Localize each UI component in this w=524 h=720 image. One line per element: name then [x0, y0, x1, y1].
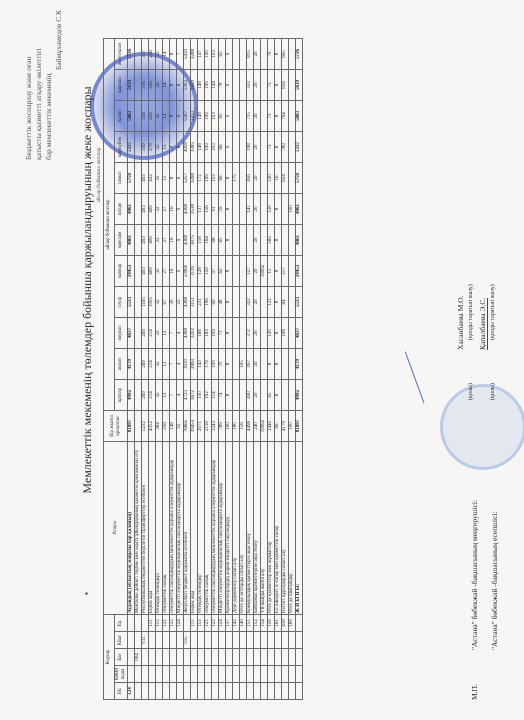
- header-year: Бір жылға арналған: [104, 411, 128, 442]
- cell-month: 9: [177, 256, 184, 287]
- cell-name: Әлеуметтік сақтандырудың мемлекеттік қор…: [170, 442, 177, 615]
- cell-kbag: 011: [142, 632, 149, 649]
- cell-month: 5619: [296, 70, 303, 101]
- cell-kbag: 015: [184, 632, 191, 649]
- cell-month: 7: [170, 349, 177, 380]
- cell-month: 20: [254, 256, 261, 287]
- cell-kbmm: [163, 666, 170, 683]
- cell-month: 3910: [184, 349, 191, 380]
- cell-kbag: [135, 632, 142, 649]
- cell-year: 256: [163, 411, 170, 442]
- cell-kbmm: [219, 666, 226, 683]
- cell-month: 65: [219, 225, 226, 256]
- cell-month: 20: [254, 39, 261, 70]
- cell-kbag: [289, 632, 296, 649]
- cell-month: [289, 101, 296, 132]
- cell-bag: [149, 649, 156, 666]
- accountant-name: Қапалбаева Э.С.: [478, 298, 488, 350]
- cell-month: 199: [205, 163, 212, 194]
- cell-er: 152: [254, 615, 261, 632]
- cell-month: 20: [254, 101, 261, 132]
- cell-month: [261, 194, 268, 225]
- cell-month: [261, 163, 268, 194]
- cell-month: 4179: [128, 349, 135, 380]
- cell-month: 114: [212, 380, 219, 411]
- table-row: 122Әлеуметтік сақтандырудың мемлекеттік …: [170, 39, 177, 700]
- cell-month: 5736: [296, 39, 303, 70]
- cell-month: [233, 132, 240, 163]
- cell-er: 159: [268, 615, 275, 632]
- cell-month: 78: [219, 70, 226, 101]
- cell-month: 5303: [184, 70, 191, 101]
- cell-month: 32: [156, 194, 163, 225]
- cell-month: 5750: [128, 163, 135, 194]
- cell-month: [240, 318, 247, 349]
- cell-month: 196: [205, 287, 212, 318]
- cell-month: 8: [268, 349, 275, 380]
- cell-month: [135, 101, 142, 132]
- cell-month: [233, 380, 240, 411]
- cell-month: 70: [268, 39, 275, 70]
- cell-month: 32: [156, 318, 163, 349]
- cell-fg: [142, 683, 149, 700]
- table-row: 113Өтемдік төлемдері38432323232323232323…: [156, 39, 163, 700]
- cell-name: Байланыс қызметтеріне ақы төлеу: [254, 442, 261, 615]
- cell-kbmm: [142, 666, 149, 683]
- cell-month: 8: [226, 318, 233, 349]
- cell-name: Міндетті әлеуметтік медициналық сақтанды…: [219, 442, 226, 615]
- cell-month: 148: [198, 101, 205, 132]
- cell-month: 214: [149, 349, 156, 380]
- header-month: қараша: [115, 70, 128, 101]
- cell-month: 4: [177, 380, 184, 411]
- cell-month: 65: [219, 39, 226, 70]
- cell-month: 432: [149, 163, 156, 194]
- cell-kbag: [219, 632, 226, 649]
- cell-month: 199: [205, 132, 212, 163]
- cell-bag: [198, 649, 205, 666]
- cell-month: 23960: [184, 256, 191, 287]
- cell-name: Өзге де қызметтер мен жұмыстар: [268, 442, 275, 615]
- cell-month: 8: [275, 318, 282, 349]
- cell-fg: [268, 683, 275, 700]
- cell-year: 240: [254, 411, 261, 442]
- cell-month: 2863: [191, 349, 198, 380]
- cell-month: 120: [268, 194, 275, 225]
- cell-month: [289, 287, 296, 318]
- cell-er: 124: [219, 615, 226, 632]
- cell-month: 103: [212, 132, 219, 163]
- cell-month: 3288: [191, 39, 198, 70]
- cell-kbag: [247, 632, 254, 649]
- head-name-caption: (қолды таратып жазу): [468, 284, 474, 340]
- cell-fg: [296, 683, 303, 700]
- cell-month: 8: [275, 39, 282, 70]
- cell-month: 16: [275, 163, 282, 194]
- cell-bag: [261, 649, 268, 666]
- cell-month: 175: [233, 163, 240, 194]
- cell-month: [289, 163, 296, 194]
- cell-bag: [282, 649, 289, 666]
- cell-month: 4368: [184, 225, 191, 256]
- cell-month: 144: [212, 70, 219, 101]
- cell-month: 3433: [191, 101, 198, 132]
- cell-month: [261, 318, 268, 349]
- cell-fg: [233, 683, 240, 700]
- cell-name: Мектепке дейінгі тәрбие мен оқыту ұйымда…: [135, 442, 142, 615]
- approval-line: Бюджеттік жоспарлау және оған: [24, 10, 34, 160]
- cell-month: 5419: [184, 39, 191, 70]
- table-row: 004Мектепке дейінгі тәрбие мен оқыту ұйы…: [135, 39, 142, 700]
- financing-plan-table: Кодтар Атауы Бір жылға арналған айлар бо…: [103, 38, 303, 700]
- cell-kbag: [205, 632, 212, 649]
- cell-fg: [240, 683, 247, 700]
- cell-month: 7: [170, 380, 177, 411]
- cell-year: [135, 411, 142, 442]
- cell-month: [240, 132, 247, 163]
- cell-month: 32: [156, 39, 163, 70]
- cell-month: 3433: [191, 70, 198, 101]
- cell-fg: [163, 683, 170, 700]
- cell-month: [233, 225, 240, 256]
- table-row: 161Ел ішіндегі іс-сапар мен қызметтік са…: [275, 39, 282, 700]
- table-subtitle: айлар бойынша жоспар: [96, 50, 102, 300]
- cell-month: 8: [275, 287, 282, 318]
- cell-month: 256: [149, 70, 156, 101]
- cell-name: Өтемдік төлемдер: [198, 442, 205, 615]
- table-row: 149Өзге де заттарды сатып алу156105: [240, 39, 247, 700]
- cell-kbmm: [128, 666, 135, 683]
- cell-month: [240, 287, 247, 318]
- cell-year: 2071: [198, 411, 205, 442]
- cell-month: 121: [268, 287, 275, 318]
- cell-bag: [212, 649, 219, 666]
- cell-bag: [156, 649, 163, 666]
- cell-year: 148: [170, 411, 177, 442]
- cell-month: 84: [282, 287, 289, 318]
- cell-month: 168: [198, 318, 205, 349]
- cell-month: 70: [219, 349, 226, 380]
- cell-fg: [219, 683, 226, 700]
- cell-er: 122: [212, 615, 219, 632]
- cell-year: 789: [219, 411, 226, 442]
- cell-kbmm: [233, 666, 240, 683]
- cell-month: 8: [275, 194, 282, 225]
- cell-fg: [184, 683, 191, 700]
- header-month: маусым: [115, 225, 128, 256]
- cell-month: 199: [205, 101, 212, 132]
- cell-month: 8: [226, 163, 233, 194]
- cell-kbag: [212, 632, 219, 649]
- cell-month: 256: [149, 101, 156, 132]
- cell-month: 695: [282, 39, 289, 70]
- cell-month: 12: [163, 349, 170, 380]
- cell-month: 148: [198, 70, 205, 101]
- cell-month: 214: [149, 380, 156, 411]
- cell-name: Қызметкерлердің жария міндетті сақтандыр…: [226, 442, 233, 615]
- cell-month: 137: [198, 194, 205, 225]
- cell-year: 1243: [212, 411, 219, 442]
- table-row: 011Республикалық бюджеттен берілетін тра…: [142, 39, 149, 700]
- cell-month: 108: [282, 318, 289, 349]
- cell-bag: [142, 649, 149, 666]
- cell-month: 5533: [296, 287, 303, 318]
- cell-month: 158: [198, 225, 205, 256]
- cell-month: [289, 39, 296, 70]
- cell-month: 3538: [191, 194, 198, 225]
- cell-year: 5232: [142, 411, 149, 442]
- cell-month: 269: [142, 318, 149, 349]
- cell-month: 20: [254, 349, 261, 380]
- cell-month: 339: [142, 132, 149, 163]
- cell-month: 14: [163, 70, 170, 101]
- cell-month: [135, 349, 142, 380]
- head-sign-caption: (қолы): [468, 383, 474, 400]
- cell-month: 20: [254, 132, 261, 163]
- cell-month: [261, 380, 268, 411]
- cell-month: [261, 349, 268, 380]
- cell-name: Жергілікті бюджет қаражаты есебінен: [184, 442, 191, 615]
- cell-month: 1005: [149, 287, 156, 318]
- cell-month: 9: [226, 132, 233, 163]
- table-row: 142Дәрі-дәрмектер сатып алу180175: [233, 39, 240, 700]
- cell-month: 109: [212, 318, 219, 349]
- cell-er: 121: [163, 615, 170, 632]
- cell-month: [135, 70, 142, 101]
- cell-kbmm: [212, 666, 219, 683]
- cell-month: 20: [254, 380, 261, 411]
- cell-month: 172: [198, 163, 205, 194]
- cell-name: Еңбек ақы: [191, 442, 198, 615]
- cell-fg: [149, 683, 156, 700]
- cell-month: 15: [268, 256, 275, 287]
- cell-month: 8: [226, 349, 233, 380]
- cell-month: 5337: [128, 132, 135, 163]
- cell-month: 148: [198, 132, 205, 163]
- cell-month: [261, 101, 268, 132]
- cell-month: 73: [268, 132, 275, 163]
- cell-month: 8: [275, 380, 282, 411]
- cell-month: 372: [247, 318, 254, 349]
- cell-month: 150: [198, 380, 205, 411]
- cell-month: 9: [177, 225, 184, 256]
- cell-month: 198: [247, 132, 254, 163]
- cell-month: 8: [226, 287, 233, 318]
- cell-month: 100: [289, 194, 296, 225]
- cell-fg: [289, 683, 296, 700]
- cell-er: 113: [156, 615, 163, 632]
- cell-bag: [205, 649, 212, 666]
- cell-year: 92: [177, 411, 184, 442]
- cell-month: 4637: [128, 318, 135, 349]
- cell-month: [261, 39, 268, 70]
- cell-bag: [275, 649, 282, 666]
- cell-month: 4: [177, 349, 184, 380]
- cell-bag: [184, 649, 191, 666]
- cell-month: 16: [170, 256, 177, 287]
- header-kbag: КБағ: [115, 632, 128, 649]
- cell-fg: [170, 683, 177, 700]
- cell-month: 9: [226, 70, 233, 101]
- header-month: шілде: [115, 194, 128, 225]
- cell-year: 4496: [247, 411, 254, 442]
- cell-month: 493: [142, 194, 149, 225]
- cell-month: 98: [212, 225, 219, 256]
- cell-month: 120: [268, 163, 275, 194]
- cell-er: [128, 615, 135, 632]
- cell-month: [233, 318, 240, 349]
- cell-month: 4992: [128, 380, 135, 411]
- cell-month: 6: [177, 163, 184, 194]
- cell-kbag: [254, 632, 261, 649]
- accountant-label: "Астана" бөбекжай -бақшасының есепшісі:: [490, 511, 499, 650]
- cell-er: 154: [261, 615, 268, 632]
- cell-month: [282, 380, 289, 411]
- cell-fg: [275, 683, 282, 700]
- cell-name: Әлеуметтік салық: [205, 442, 212, 615]
- cell-month: 20: [254, 318, 261, 349]
- cell-name: Коммуналдық қызметтерге ақы төлеу: [247, 442, 254, 615]
- cell-month: 9: [226, 39, 233, 70]
- cell-er: [184, 615, 191, 632]
- cell-month: 3075: [191, 225, 198, 256]
- cell-month: 164: [205, 225, 212, 256]
- cell-year: 4352: [149, 411, 156, 442]
- cell-month: 12: [163, 380, 170, 411]
- head-name: Хасанбаева М.О.: [456, 296, 465, 350]
- cell-kbag: [282, 632, 289, 649]
- cell-kbmm: [184, 666, 191, 683]
- cell-fg: [135, 683, 142, 700]
- cell-er: 142: [233, 615, 240, 632]
- header-name: Атауы: [104, 442, 128, 615]
- cell-month: 32: [156, 380, 163, 411]
- cell-kbmm: [170, 666, 177, 683]
- table-row: 111Еңбек ақы3945336722863320231513119307…: [191, 39, 198, 700]
- cell-er: 113: [198, 615, 205, 632]
- cell-year: 81897: [128, 411, 135, 442]
- cell-kbag: [128, 632, 135, 649]
- cell-month: 409: [149, 225, 156, 256]
- cell-month: 4: [177, 318, 184, 349]
- cell-month: 316: [142, 70, 149, 101]
- header-month: мамыр: [115, 256, 128, 287]
- cell-fg: [205, 683, 212, 700]
- cell-kbmm: [268, 666, 275, 683]
- cell-month: 103: [212, 39, 219, 70]
- cell-name: Ж И Ы Н Ы:: [296, 442, 303, 615]
- cell-month: [240, 39, 247, 70]
- cell-er: [135, 615, 142, 632]
- cell-month: 39: [170, 287, 177, 318]
- cell-month: 789: [282, 132, 289, 163]
- cell-month: 73: [268, 101, 275, 132]
- cell-month: 794: [282, 101, 289, 132]
- cell-month: 9: [177, 194, 184, 225]
- table-row: 137Қызметкерлердің жария міндетті сақтан…: [226, 39, 233, 700]
- cell-er: [142, 615, 149, 632]
- cell-kbag: [296, 632, 303, 649]
- cell-month: 14: [163, 39, 170, 70]
- cell-month: 5736: [128, 39, 135, 70]
- table-row: 124Міндетті әлеуметтік медициналық сақта…: [177, 39, 184, 700]
- cell-kbmm: [226, 666, 233, 683]
- table-row: 122Әлеуметтік сақтандырудың мемлекеттік …: [212, 39, 219, 700]
- cell-month: 27: [163, 194, 170, 225]
- cell-month: [289, 70, 296, 101]
- cell-er: 137: [226, 615, 233, 632]
- cell-month: 582: [268, 225, 275, 256]
- cell-month: 4637: [296, 318, 303, 349]
- cell-name: Республикалық бюджеттен берілетін трансф…: [142, 442, 149, 615]
- cell-month: 8: [170, 101, 177, 132]
- cell-month: 8: [275, 225, 282, 256]
- header-bag: Бағ: [115, 649, 128, 666]
- cell-er: 149: [240, 615, 247, 632]
- cell-month: 67: [163, 287, 170, 318]
- cell-name: Негізгі құралдарды сатып алу: [282, 442, 289, 615]
- cell-kbmm: [149, 666, 156, 683]
- cell-month: 715: [247, 101, 254, 132]
- cell-month: 493: [142, 163, 149, 194]
- cell-month: [233, 101, 240, 132]
- cell-bag: [289, 649, 296, 666]
- cell-month: 20: [254, 225, 261, 256]
- cell-month: 48: [219, 287, 226, 318]
- cell-month: 8: [226, 194, 233, 225]
- cell-name: Үй-жайды жалға алу: [261, 442, 268, 615]
- accountant-name-caption: (қолды таратып жазу): [490, 284, 496, 340]
- cell-month: 430: [247, 380, 254, 411]
- table-row: 169Өзге де шығындар100100: [289, 39, 296, 700]
- cell-name: Әлеуметтік сақтандырудың мемлекеттік қор…: [212, 442, 219, 615]
- mark: ▪: [82, 592, 91, 595]
- cell-bag: [177, 649, 184, 666]
- cell-month: 74: [219, 380, 226, 411]
- cell-month: 32: [156, 225, 163, 256]
- cell-year: 2130: [205, 411, 212, 442]
- cell-bag: [170, 649, 177, 666]
- approval-line: қатысты қызметті атқару өкілеттігі: [34, 10, 44, 160]
- cell-month: 8: [275, 70, 282, 101]
- cell-month: 12: [163, 318, 170, 349]
- cell-month: [289, 132, 296, 163]
- cell-month: [233, 70, 240, 101]
- cell-month: 16: [170, 225, 177, 256]
- cell-month: [233, 349, 240, 380]
- cell-name: Өтемдік төлемдері: [156, 442, 163, 615]
- cell-month: [261, 225, 268, 256]
- cell-month: 8: [226, 380, 233, 411]
- cell-month: 66: [219, 132, 226, 163]
- cell-month: 27: [163, 225, 170, 256]
- header-month: қыркүйек: [115, 132, 128, 163]
- header-months-group: айлар бойынша жоспар: [104, 39, 115, 411]
- cell-kbag: [240, 632, 247, 649]
- cell-name: Әлеуметтік салық: [163, 442, 170, 615]
- cell-month: 192: [205, 380, 212, 411]
- cell-month: 5750: [296, 163, 303, 194]
- cell-month: 120: [268, 318, 275, 349]
- cell-month: 24453: [296, 256, 303, 287]
- cell-month: 69: [212, 287, 219, 318]
- cell-er: [296, 615, 303, 632]
- cell-month: 32: [156, 163, 163, 194]
- cell-month: 4368: [184, 194, 191, 225]
- approver-name: Баймұхамедов С.К: [54, 10, 64, 160]
- cell-month: 20: [254, 194, 261, 225]
- cell-month: 22: [177, 287, 184, 318]
